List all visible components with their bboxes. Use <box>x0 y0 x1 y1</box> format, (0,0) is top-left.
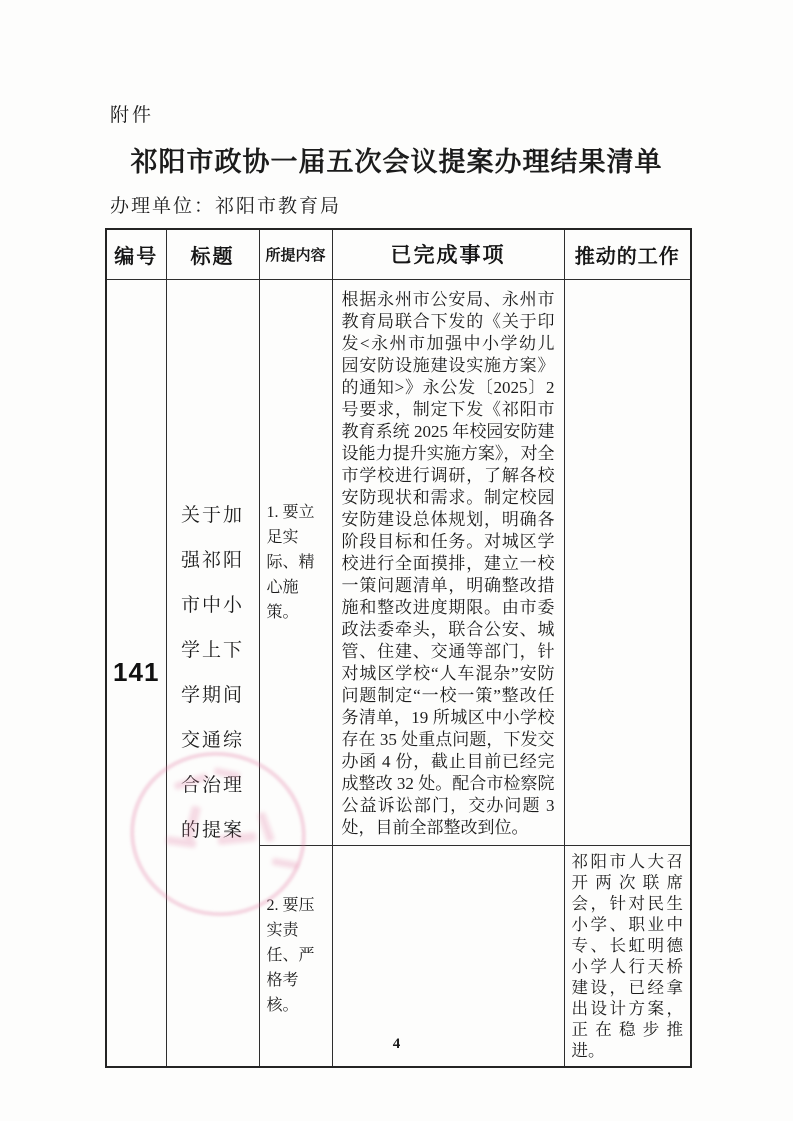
header-promoted-work: 推动的工作 <box>564 229 691 279</box>
handling-unit-label: 办理单位：祁阳市教育局 <box>110 191 341 218</box>
header-completed-items: 已完成事项 <box>332 229 564 279</box>
attachment-label: 附件 <box>110 100 154 127</box>
header-proposed-content: 所提内容 <box>259 229 332 279</box>
document-page: 附件 祁阳市政协一届五次会议提案办理结果清单 办理单位：祁阳市教育局 编号 标题… <box>0 0 793 1121</box>
table-header-row: 编号 标题 所提内容 已完成事项 推动的工作 <box>106 229 691 279</box>
proposal-title: 关于加强祁阳市中小学上下学期间交通综合治理的提案 <box>166 279 259 1067</box>
table-row-141-part-1: 141 关于加强祁阳市中小学上下学期间交通综合治理的提案 1. 要立足实际、精心… <box>106 279 691 845</box>
document-title: 祁阳市政协一届五次会议提案办理结果清单 <box>0 140 793 179</box>
proposal-number: 141 <box>106 279 166 1067</box>
proposed-content-item-1: 1. 要立足实际、精心施策。 <box>259 279 332 845</box>
page-number: 4 <box>0 1036 793 1053</box>
proposed-content-item-2: 2. 要压实责任、严格考核。 <box>259 845 332 1067</box>
results-table: 编号 标题 所提内容 已完成事项 推动的工作 141 关于加强祁阳市中小学上下学… <box>105 228 692 1068</box>
header-number: 编号 <box>106 229 166 279</box>
header-title: 标题 <box>166 229 259 279</box>
promoted-work-empty-cell-1 <box>564 279 691 845</box>
completed-items-empty-cell-2 <box>332 845 564 1067</box>
promoted-work-text-2: 祁阳市人大召开两次联席会，针对民生小学、职业中专、长虹明德小学人行天桥建设，已经… <box>564 845 691 1067</box>
completed-items-text-1: 根据永州市公安局、永州市教育局联合下发的《关于印发<永州市加强中小学幼儿园安防设… <box>332 279 564 845</box>
